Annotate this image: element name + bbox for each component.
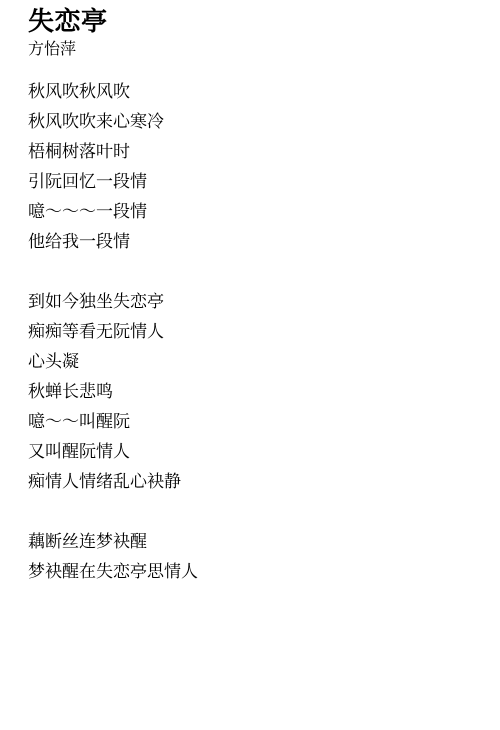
lyric-line: 到如今独坐失恋亭 [28,287,480,317]
lyric-line: 他给我一段情 [28,227,480,257]
stanza-2: 到如今独坐失恋亭 痴痴等看无阮情人 心头凝 秋蝉长悲鸣 噫～～叫醒阮 又叫醒阮情… [28,287,480,497]
lyric-line: 痴情人情绪乱心袂静 [28,467,480,497]
song-artist: 方怡萍 [28,39,480,61]
lyric-line: 梧桐树落叶时 [28,137,480,167]
lyric-line: 心头凝 [28,347,480,377]
lyric-line: 又叫醒阮情人 [28,437,480,467]
lyric-line: 秋风吹秋风吹 [28,77,480,107]
stanza-1: 秋风吹秋风吹 秋风吹吹来心寒冷 梧桐树落叶时 引阮回忆一段情 噫～～～一段情 他… [28,77,480,257]
lyric-line: 引阮回忆一段情 [28,167,480,197]
lyric-line: 痴痴等看无阮情人 [28,317,480,347]
lyric-line: 噫～～叫醒阮 [28,407,480,437]
lyric-line: 藕断丝连梦袂醒 [28,527,480,557]
lyrics-body: 秋风吹秋风吹 秋风吹吹来心寒冷 梧桐树落叶时 引阮回忆一段情 噫～～～一段情 他… [28,77,480,587]
song-title: 失恋亭 [28,3,480,39]
lyric-line: 秋蝉长悲鸣 [28,377,480,407]
lyric-line: 秋风吹吹来心寒冷 [28,107,480,137]
stanza-3: 藕断丝连梦袂醒 梦袂醒在失恋亭思情人 [28,527,480,587]
lyrics-page: 失恋亭 方怡萍 秋风吹秋风吹 秋风吹吹来心寒冷 梧桐树落叶时 引阮回忆一段情 噫… [0,0,500,730]
lyric-line: 梦袂醒在失恋亭思情人 [28,557,480,587]
lyric-line: 噫～～～一段情 [28,197,480,227]
